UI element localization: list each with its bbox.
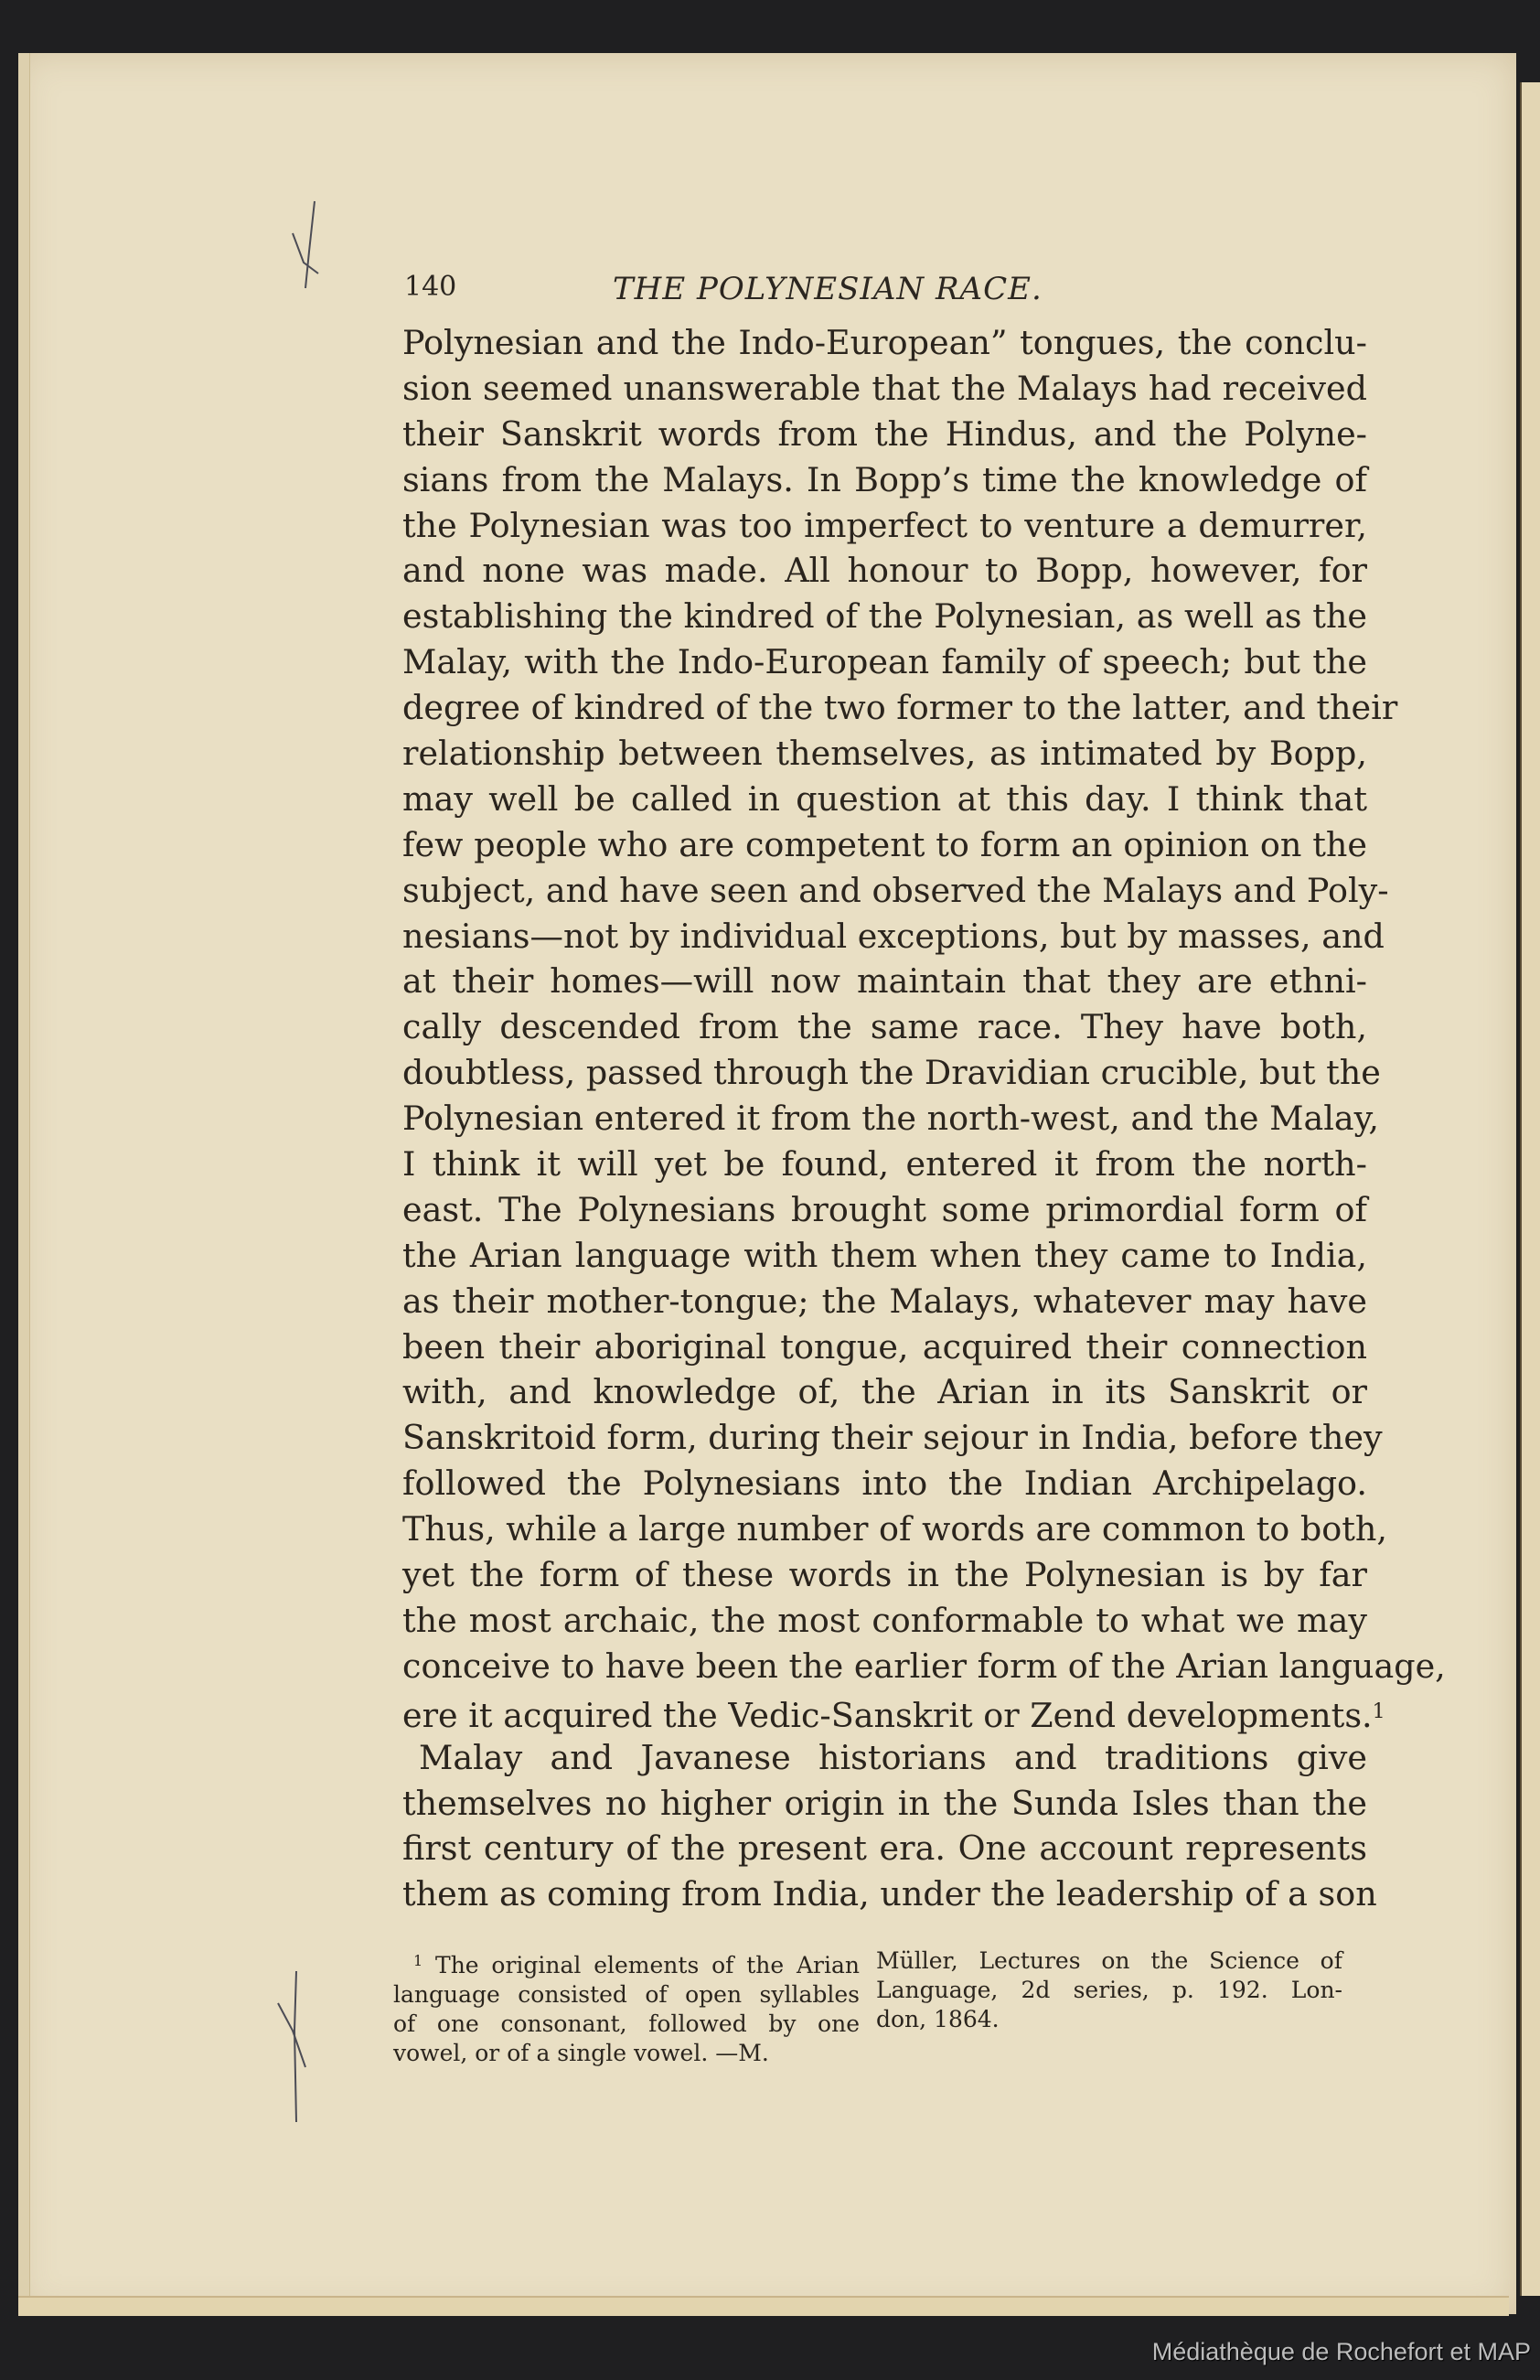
footnote-line: Language, 2d series, p. 192. Lon- [876,1976,1342,2005]
running-title: THE POLYNESIAN RACE. [613,271,1043,307]
text-line: sion seemed unanswerable that the Malays… [402,366,1367,412]
text-line: followed the Polynesians into the Indian… [402,1461,1367,1506]
text-line: yet the form of these words in the Polyn… [402,1552,1367,1598]
text-line: Sanskritoid form, during their sejour in… [402,1415,1367,1461]
text-line: and none was made. All honour to Bopp, h… [402,548,1367,594]
text-line: the most archaic, the most conformable t… [402,1598,1367,1644]
body-text: Polynesian and the Indo-European” tongue… [402,320,1367,1917]
pencil-margin-mark-icon [274,1967,320,2131]
text-line: their Sanskrit words from the Hindus, an… [402,412,1367,457]
text-line: Polynesian and the Indo-European” tongue… [402,320,1367,366]
text-line: as their mother-tongue; the Malays, what… [402,1279,1367,1324]
footnote-line: of one consonant, followed by one [393,2010,860,2039]
text-line: cally descended from the same race. They… [402,1004,1367,1050]
footnote-ref[interactable]: 1 [1373,1700,1385,1723]
text-line: the Polynesian was too imperfect to vent… [402,503,1367,549]
watermark: Médiathèque de Rochefort et MAP [1152,2338,1531,2366]
text-line: ere it acquired the Vedic-Sanskrit or Ze… [402,1689,1367,1735]
facing-page-edge [1520,82,1540,2296]
footnote-line: language consisted of open syllables [393,1980,860,2010]
text-line: few people who are competent to form an … [402,822,1367,868]
running-header: 140 THE POLYNESIAN RACE. [402,271,1372,316]
text-line: conceive to have been the earlier form o… [402,1644,1367,1689]
text-line: themselves no higher origin in the Sunda… [402,1781,1367,1827]
footnote-line: don, 1864. [876,2005,1342,2034]
text-line: been their aboriginal tongue, acquired t… [402,1324,1367,1370]
text-line: at their homes—will now maintain that th… [402,959,1367,1004]
text-line: degree of kindred of the two former to t… [402,685,1367,731]
text-line: Thus, while a large number of words are … [402,1506,1367,1552]
text-line: first century of the present era. One ac… [402,1826,1367,1871]
pencil-check-mark-icon [291,197,327,297]
footnote-line: 1 The original elements of the Arian [393,1946,860,1980]
text-line: may well be called in question at this d… [402,777,1367,822]
text-line: relationship between themselves, as inti… [402,731,1367,777]
text-line: sians from the Malays. In Bopp’s time th… [402,457,1367,503]
text-line: establishing the kindred of the Polynesi… [402,594,1367,639]
page-number: 140 [404,271,456,303]
page-bottom-edge [18,2296,1509,2316]
text-line: them as coming from India, under the lea… [402,1871,1367,1917]
footnote-line: vowel, or of a single vowel. —M. [393,2039,860,2068]
text-line: Malay, with the Indo-European family of … [402,639,1367,685]
page-edge [18,53,30,2314]
text-line: I think it will yet be found, entered it… [402,1142,1367,1187]
text-line: doubtless, passed through the Dravidian … [402,1050,1367,1096]
text-line: Polynesian entered it from the north-wes… [402,1096,1367,1142]
text-line: east. The Polynesians brought some primo… [402,1187,1367,1233]
text-line: the Arian language with them when they c… [402,1233,1367,1279]
footnote-marker: 1 [413,1952,422,1969]
footnote-column-right: Müller, Lectures on the Science of Langu… [876,1946,1342,2034]
text-line: with, and knowledge of, the Arian in its… [402,1369,1367,1415]
text-line: Malay and Javanese historians and tradit… [402,1735,1367,1781]
text-line: nesians—not by individual exceptions, bu… [402,914,1367,960]
footnote-column-left: 1 The original elements of the Arian lan… [393,1946,860,2068]
footnote-line: Müller, Lectures on the Science of [876,1946,1342,1976]
text-line: subject, and have seen and observed the … [402,868,1367,914]
